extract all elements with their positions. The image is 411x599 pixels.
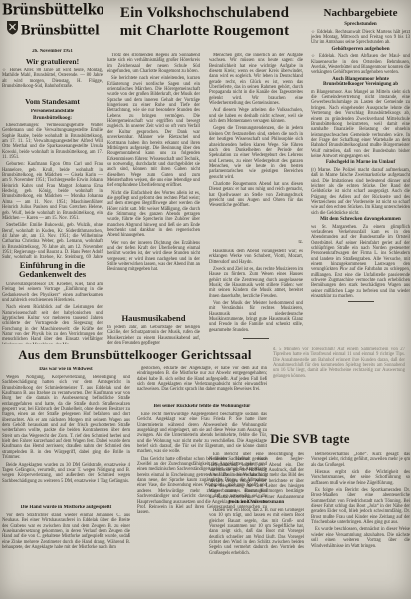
paragraph: gestochen, erklärte der Angeklagte, er h… — [137, 366, 267, 393]
gericht-col-a-subheading: Die Hand wurde in Mistforke aufgespießt — [2, 505, 130, 513]
hausmusik-end-rule — [209, 336, 303, 340]
nachbargebiete-heading: Nachbargebiete — [311, 7, 410, 20]
paragraph: Eheschließungen: Vermessungsgehilfe Walt… — [2, 123, 103, 160]
nachbar-item-subheading: Falschgeld in Marne im Umlauf — [311, 160, 410, 166]
gratulieren-heading: Wir gratulieren! — [2, 58, 103, 67]
gericht-col-a-text2: Vor dem Strafrichter stand wieder einmal… — [2, 513, 130, 599]
paragraph: Menschen gibt, die innerlich an der Aufg… — [209, 53, 303, 106]
gratulieren-text: ☆ Hohes Alter. 88 Jahre alt wird heute, … — [2, 68, 103, 96]
physiker-heading: Einführung in die Gedankenwelt des Physi… — [2, 261, 103, 280]
physiker-text: Universitätsprofessor Dr. Kroebel, Kiel,… — [2, 282, 103, 344]
paragraph: Universitätsprofessor Dr. Kroebel, Kiel,… — [2, 282, 103, 303]
svb-col-a-text2: Haben wir ein Boot, das z. B. nur ein Gr… — [209, 508, 304, 599]
paragraph: Geburten: Kaufmann Egon Otto Carl und Fr… — [2, 162, 103, 221]
nachbar-item-subheading: Auch Blangenmoor lehnte Brunsbüttelkooge… — [311, 77, 410, 88]
paragraph: Beide Angeklagten wurden zu 30 DM Geldst… — [2, 463, 130, 484]
gericht-col-b-text1: gestochen, erklärte der Angeklagte, er h… — [137, 366, 267, 402]
masthead-line2: Brünsbüttel — [2, 20, 103, 40]
svb-col-a-subheading: Fock und Vorschotsmann — [209, 500, 304, 508]
nachbar-item-subheading: Sprechstunden — [311, 22, 410, 28]
standesamt-heading: Vom Standesamt — [2, 98, 103, 107]
paragraph: Auf diesem Wege arbeiten die Volksschule… — [209, 108, 303, 124]
hausmusik-text-col-a: In jedem Jahr, am Geburtstage der heilig… — [107, 325, 200, 346]
vhs-headline: Ein Volkshochschulabend mit Charlotte Ro… — [103, 5, 306, 47]
standesamt-text: Eheschließungen: Vermessungsgehilfe Walt… — [2, 123, 103, 259]
paragraph: Nach einem Rückblick auf die Leistungen … — [2, 305, 103, 344]
paragraph: Sterbefälle: Emilie Bukowski, geb. Wulzi… — [2, 223, 103, 259]
gericht-col-b-subheading: Bei seiner Rückkehr fehlte die Wohnungst… — [137, 404, 267, 412]
vhs-signature: tz. — [209, 240, 311, 246]
paragraph: Sie berichtete nach einer einleitenden, … — [107, 76, 200, 188]
nachbar-item-body: ☆ Eddelak. Nach dem Abflauen der Maul- u… — [311, 54, 410, 75]
nachbar-item-body: ☆ Eddelak. Rechtsanwalt Dierck Martens h… — [311, 30, 410, 46]
paragraph: Charlotte Rougemonts Abend hat uns diese… — [209, 182, 303, 209]
svb-col-b-text: Betriebsverhältnis „Jolle“. Kurz gesagt:… — [311, 452, 410, 599]
svb-col-a-text1: Ein Bericht über eine Besichtigung des N… — [209, 452, 304, 498]
hausmusik-text-col-b: Hausmusik dem Abend vorangestellt war; e… — [209, 249, 303, 335]
nachbar-item-subheading: Gehöftsperren aufgehoben — [311, 47, 410, 53]
physiker-heading-line2: Gedankenwelt des Physikers — [2, 270, 103, 280]
toto-brief: d. 5 Minuten vor Toresschluß! Auf einem … — [273, 347, 405, 429]
crest-icon — [6, 20, 19, 40]
gericht-heading: Aus dem Brunsbüttelkooger Gerichtssaal — [0, 348, 270, 364]
masthead-title-line1: Brünsbüttelkoog — [2, 3, 103, 19]
gericht-subheading: Das war wie in Wildwest — [2, 367, 130, 375]
paragraph: Vor dem Strafrichter stand wieder einmal… — [2, 513, 130, 550]
paragraph: Wer von der inneren Dichtung des Erzähle… — [107, 241, 200, 273]
paragraph: Es wurde beschlossen, demnächst in diese… — [311, 527, 410, 548]
paragraph: Ein Bericht über eine Besichtigung des N… — [209, 452, 304, 498]
dateline: 26. November 1951 — [2, 49, 103, 56]
gericht-col-a-text1: Wegen Nötigung, Körperverletzung, Beleid… — [2, 375, 130, 502]
nachbar-item-body: m Blangenmoor. Aus Mangel an Mitteln sie… — [311, 90, 410, 159]
paragraph: Wegen Nötigung, Körperverletzung, Beleid… — [2, 375, 130, 461]
svb-heading: Die SVB tagte — [209, 432, 411, 448]
paragraph: Hausmusik dem Abend vorangestellt war; e… — [209, 249, 303, 265]
standesamt-place-label: Brunsbüttelkoog: — [2, 115, 103, 122]
vhs-headline-line2: mit Charlotte Rougemont — [103, 23, 306, 41]
paragraph: Betriebsverhältnis „Jolle“. Kurz gesagt:… — [311, 452, 410, 468]
nachbar-end-rule — [348, 301, 374, 302]
paragraph: Von der Musik der Meister herkommend und… — [209, 301, 303, 333]
paragraph: Zweck und Ziel ist es, das rechte Musizi… — [209, 267, 303, 299]
hausmusik-heading: Hausmusikabend — [107, 314, 200, 324]
newspaper-page: Brünsbüttelkoog Brünsbüttel 26. November… — [0, 0, 411, 599]
paragraph: Gegen die Trennungstendenzen, die in jed… — [209, 126, 303, 179]
paragraph: Trotz des strömenden Regens am Sonnabend… — [107, 53, 200, 74]
masthead-title-line2: Brünsbüttel — [21, 22, 100, 37]
paragraph: Es folgte ein Bericht des Sportkameraden… — [311, 488, 410, 525]
nachbar-item-body: (r) Marne. Die Polizei macht darauf aufm… — [311, 168, 410, 216]
masthead: Brünsbüttelkoog Brünsbüttel — [2, 3, 103, 46]
nachbar-item-body: ws St. Margarethen. Zu einem glimpflich … — [311, 225, 410, 300]
vhs-headline-line1: Ein Volkshochschulabend — [103, 5, 306, 23]
paragraph: Hieraus ergibt sich die Wichtigkeit des … — [311, 470, 410, 486]
paragraph: Nicht die Einfachheit des Wortes allein … — [107, 191, 200, 239]
nachbargebiete-column: Sprechstunden ☆ Eddelak. Rechtsanwalt Di… — [311, 21, 410, 339]
nachbar-item-subheading: Mit dem Schrecken davongekommen — [311, 217, 410, 223]
paragraph: Haben wir ein Boot, das z. B. nur ein Gr… — [209, 508, 304, 556]
vhs-article-col-a: Trotz des strömenden Regens am Sonnabend… — [107, 53, 200, 311]
